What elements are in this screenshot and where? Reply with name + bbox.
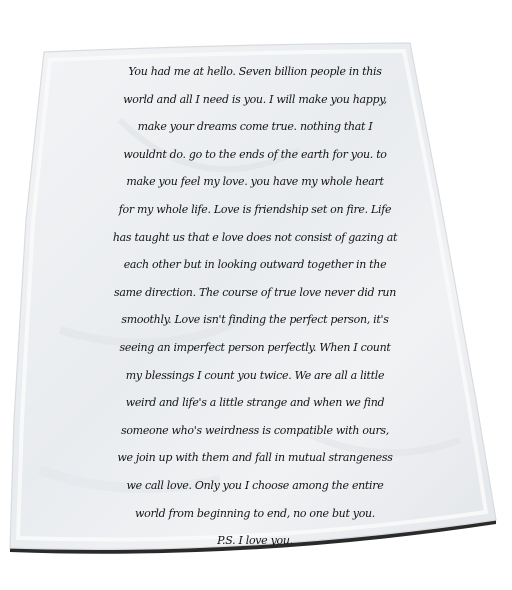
text-line: same direction. The course of true love … — [20, 279, 490, 307]
text-line: You had me at hello. Seven billion peopl… — [20, 58, 490, 86]
blanket-text: You had me at hello. Seven billion peopl… — [20, 58, 490, 555]
text-line: wouldnt do. go to the ends of the earth … — [20, 141, 490, 169]
text-line: smoothly. Love isn't finding the perfect… — [20, 306, 490, 334]
text-line: world and all I need is you. I will make… — [20, 86, 490, 114]
text-line: my blessings I count you twice. We are a… — [20, 362, 490, 390]
text-line: we call love. Only you I choose among th… — [20, 472, 490, 500]
text-line: make you feel my love. you have my whole… — [20, 168, 490, 196]
text-line: someone who's weirdness is compatible wi… — [20, 417, 490, 445]
text-line: has taught us that e love does not consi… — [20, 224, 490, 252]
text-line: world from beginning to end, no one but … — [20, 500, 490, 528]
text-line: weird and life's a little strange and wh… — [20, 389, 490, 417]
text-line: we join up with them and fall in mutual … — [20, 444, 490, 472]
signature-line: P.S. I love you. — [20, 527, 490, 555]
text-line: make your dreams come true. nothing that… — [20, 113, 490, 141]
text-line: for my whole life. Love is friendship se… — [20, 196, 490, 224]
text-line: seeing an imperfect person perfectly. Wh… — [20, 334, 490, 362]
product-photo: You had me at hello. Seven billion peopl… — [0, 0, 512, 590]
text-line: each other but in looking outward togeth… — [20, 251, 490, 279]
